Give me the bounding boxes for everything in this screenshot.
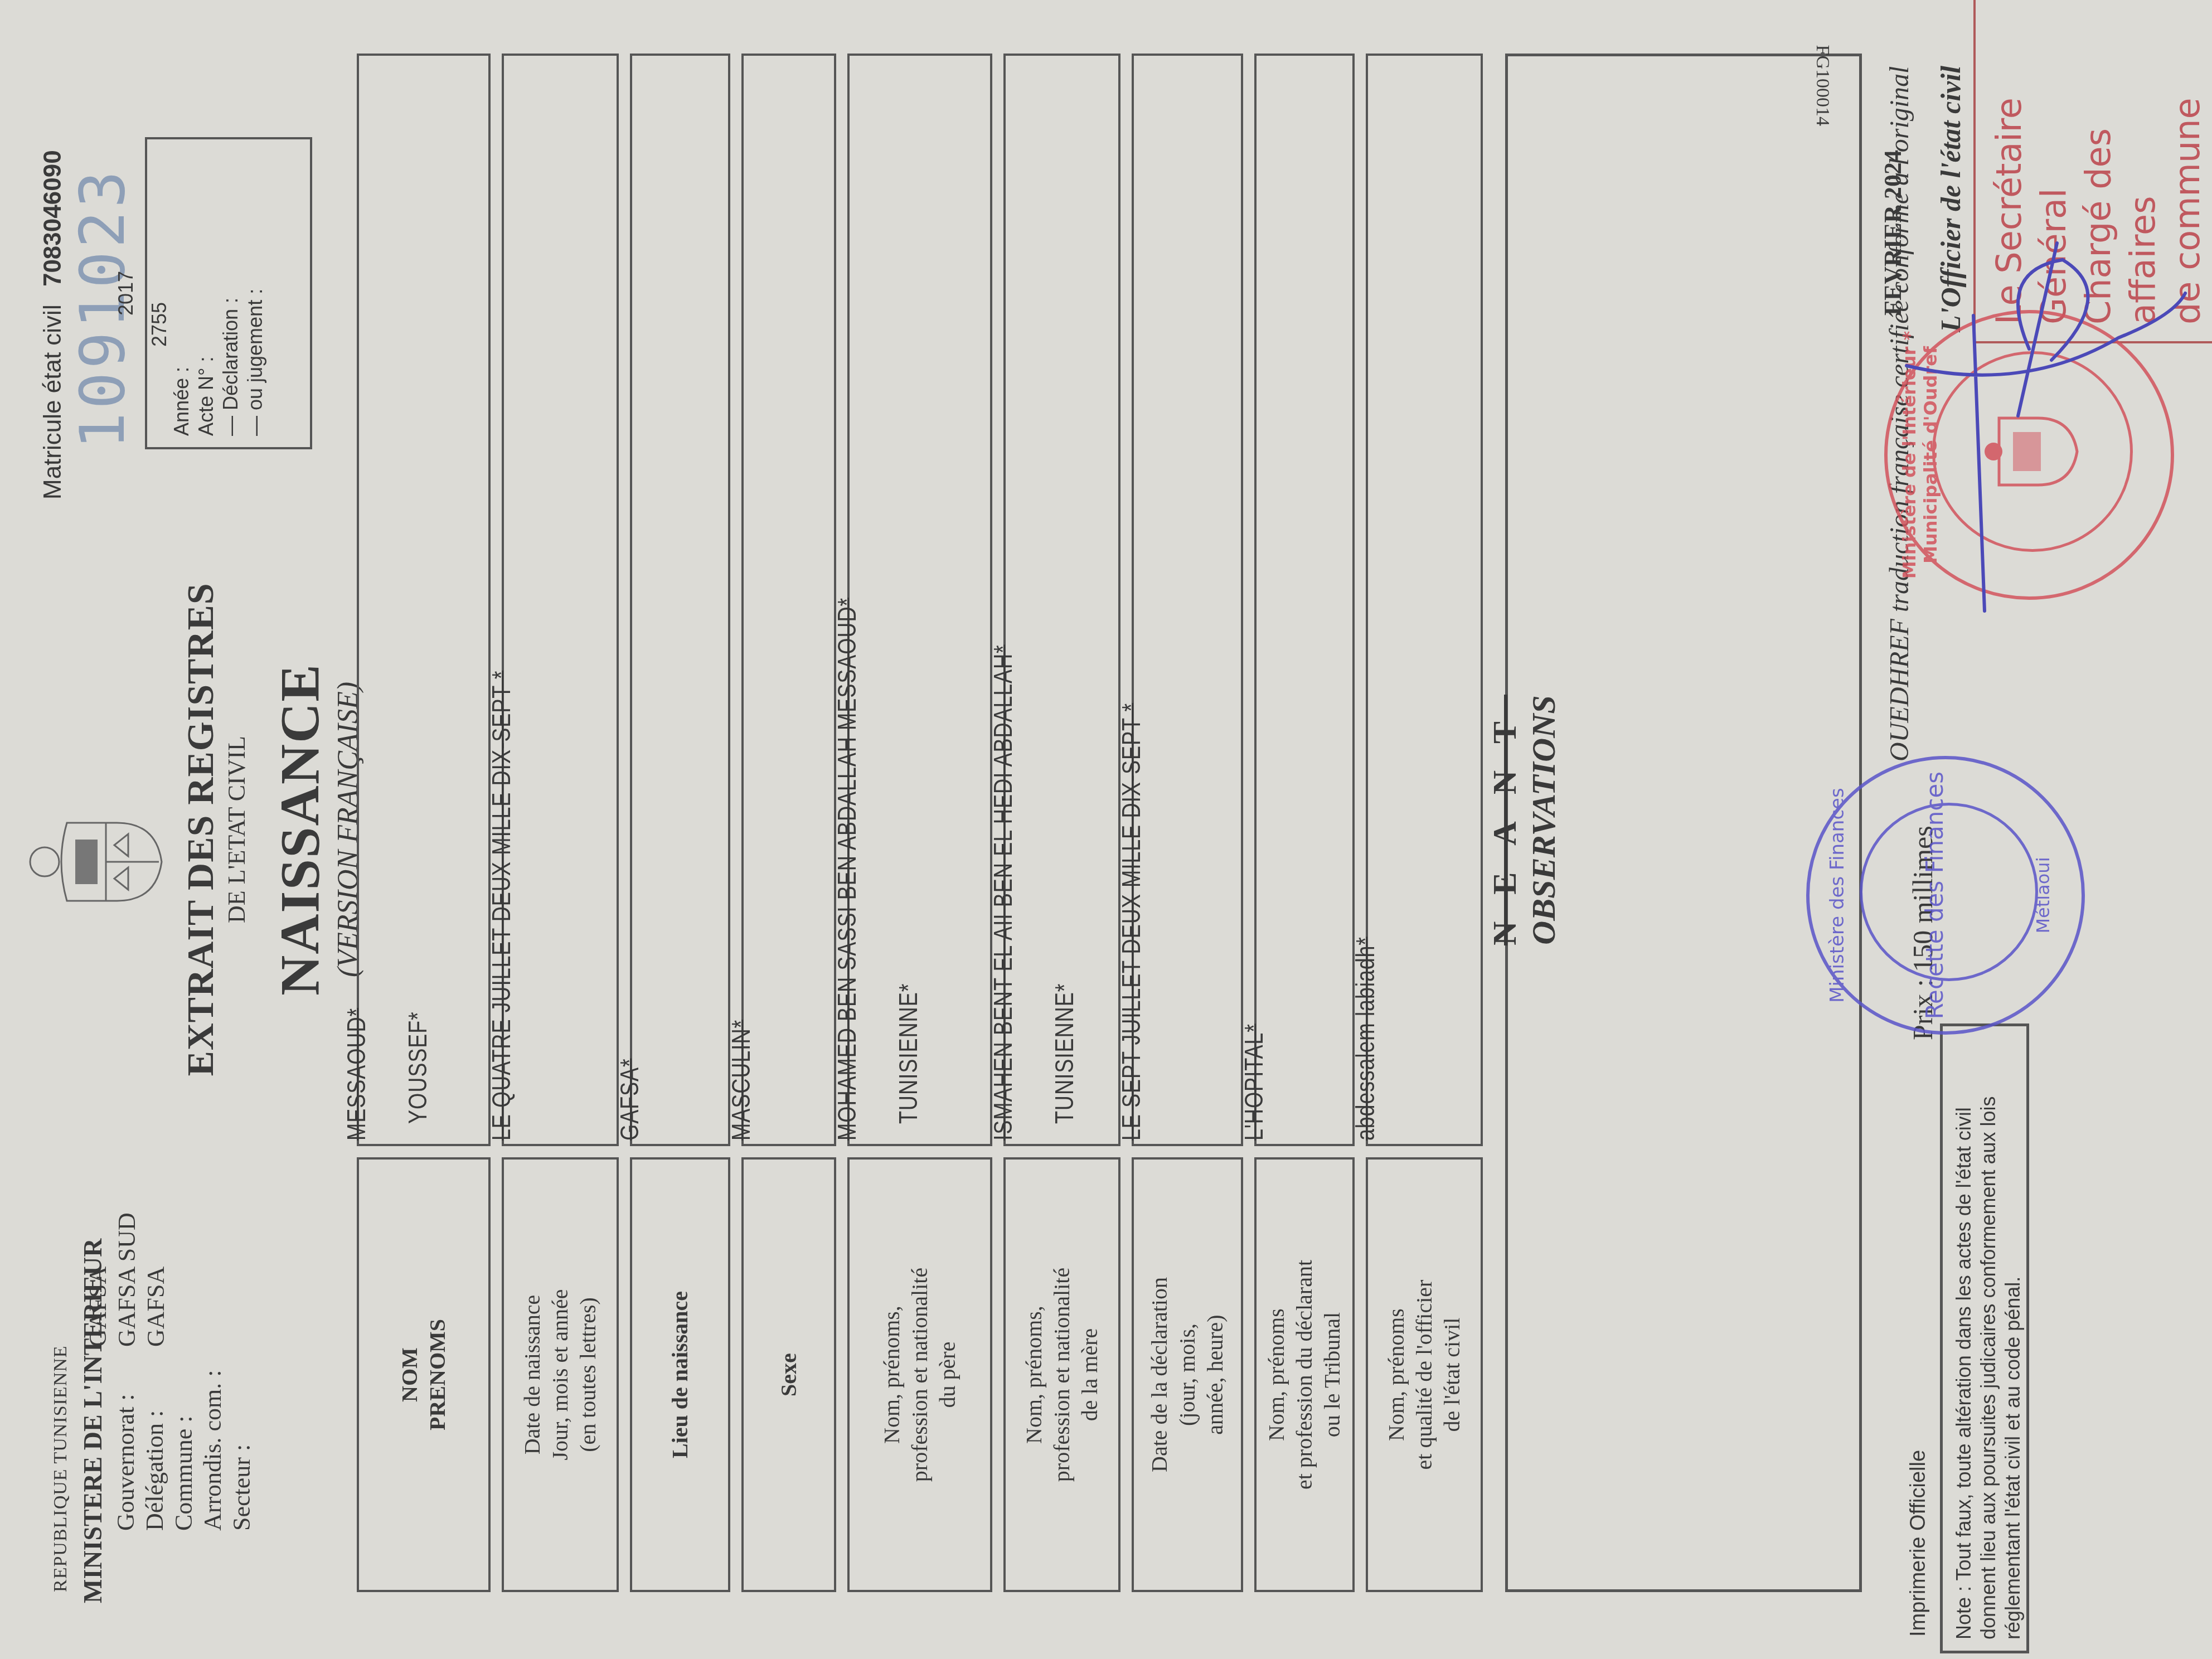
row-value-cell (1132, 54, 1243, 1146)
finance-stamp-center: Recette des Finances (1921, 759, 1948, 1031)
row-label: Date de la déclaration (jour, mois, anné… (1132, 1157, 1243, 1592)
row-value-cell (741, 54, 836, 1146)
title-extrait: EXTRAIT DES REGISTRES (178, 0, 222, 1659)
imprimerie-label: Imprimerie Officielle (1907, 1450, 1930, 1637)
row-value-cell (630, 54, 730, 1146)
row-value-cell (1366, 54, 1483, 1146)
row-value: L'HOPITAL* (1239, 1023, 1269, 1141)
row-label: Date de naissance Jour, mois et année (e… (502, 1157, 619, 1592)
row-label: Sexe (741, 1157, 836, 1592)
gouvernorat-value: GAFSA (84, 1212, 113, 1347)
row-value: TUNISIENNE* (1049, 983, 1079, 1124)
row-value-cell (1003, 54, 1120, 1146)
commune-value: GAFSA (142, 1212, 171, 1347)
row-value: MESSAOUD* (341, 1008, 371, 1141)
gouvernorat-label: Gouvernorat : (111, 1352, 140, 1531)
delegation-label: Délégation : (140, 1352, 169, 1531)
row-value: LE QUATRE JUILLET DEUX MILLE DIX-SEPT * (486, 671, 516, 1141)
row-value-cell (502, 54, 619, 1146)
row-value-cell (1254, 54, 1355, 1146)
note-box: Note : Tout faux, toute altération dans … (1940, 1023, 2029, 1653)
row-value: LE SEPT JUILLET DEUX MILLE DIX-SEPT * (1116, 703, 1146, 1141)
row-value: ISMAHEN BENT EL AII BEN EL HEDI ABDALLAH… (988, 644, 1018, 1141)
row-value: YOUSSEF* (402, 1011, 433, 1124)
birth-certificate-page: REPUBLIQUE TUNISIENNE MINISTERE DE L'INT… (0, 0, 2212, 1659)
row-label: Lieu de naissance (630, 1157, 730, 1592)
row-value-cell (357, 54, 491, 1146)
row-value: GAFSA* (614, 1059, 644, 1141)
observations-box: NEANT OBSERVATIONS (1505, 54, 1862, 1592)
row-label: Nom, prénoms, profession et nationalité … (1003, 1157, 1120, 1592)
row-label: Nom, prénoms, profession et nationalité … (847, 1157, 992, 1592)
finance-stamp-outer: Ministère des Finances (1826, 759, 1849, 1031)
form-code: FG100014 (1812, 45, 1833, 126)
tunisia-coat-of-arms-icon (22, 789, 167, 934)
observations-label: OBSERVATIONS (1525, 51, 1563, 1589)
matricule-label: Matricule état civil (39, 304, 66, 499)
annee-value: 2017 (114, 137, 138, 449)
title-block: EXTRAIT DES REGISTRES DE L'ETAT CIVIL NA… (178, 0, 365, 1659)
republic-label: REPUBLIQUE TUNISIENNE (50, 1345, 71, 1592)
neant-text: NEANT (1486, 51, 1524, 1589)
row-value: MOHAMED BEN SASSI BEN ABDALLAH MESSAOUD* (832, 598, 862, 1141)
finance-stamp: Ministère des Finances Recette des Finan… (1806, 756, 2085, 1035)
row-value-cell (847, 54, 992, 1146)
matricule-value: 7083046090 (39, 150, 66, 287)
admin-values: GAFSA GAFSA SUD GAFSA (84, 1212, 171, 1347)
row-value: abdessalem labiadh* (1350, 937, 1380, 1141)
title-naissance: NAISSANCE (268, 0, 332, 1659)
finance-stamp-sub: Métlaoui (2032, 759, 2054, 1031)
row-label: Nom, prénoms et qualité de l'officier de… (1366, 1157, 1483, 1592)
row-label: Nom, prénoms et profession du déclarant … (1254, 1157, 1355, 1592)
signature (1884, 237, 2196, 628)
row-label: NOM PRENOMS (357, 1157, 491, 1592)
acte-no-value: 2755 (147, 302, 172, 347)
delegation-value: GAFSA SUD (113, 1212, 142, 1347)
row-value: TUNISIENNE* (893, 983, 923, 1124)
title-etat-civil: DE L'ETAT CIVIL (222, 0, 251, 1659)
matricule: Matricule état civil 7083046090 (39, 150, 67, 499)
row-value: MASCULIN* (726, 1020, 756, 1141)
